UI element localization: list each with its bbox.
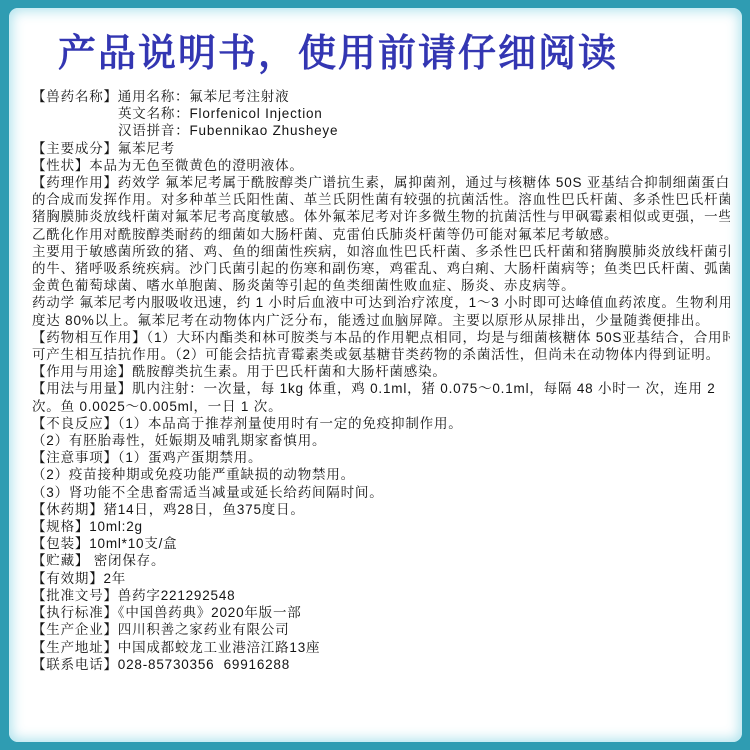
leaflet-body: 【兽药名称】通用名称：氟苯尼考注射液英文名称：Florfenicol Injec… <box>32 88 730 673</box>
leaflet-panel: 产品说明书，使用前请仔细阅读 【兽药名称】通用名称：氟苯尼考注射液英文名称：Fl… <box>9 8 742 742</box>
doc-line: 金黄色葡萄球菌、嗜水单胞菌、肠炎菌等引起的鱼类细菌性败血症、肠炎、赤皮病等。 <box>32 277 730 294</box>
doc-line: 可产生相互拮抗作用。（2）可能会拮抗青霉素类或氨基糖苷类药物的杀菌活性，但尚未在… <box>32 346 730 363</box>
doc-line: 主要用于敏感菌所致的猪、鸡、鱼的细菌性疾病，如溶血性巴氏杆菌、多杀性巴氏杆菌和猪… <box>32 243 730 260</box>
doc-line: 【用法与用量】肌内注射：一次量，每 1kg 体重，鸡 0.1ml，猪 0.075… <box>32 380 730 397</box>
doc-line: 【兽药名称】通用名称：氟苯尼考注射液 <box>32 88 730 105</box>
doc-line: 【休药期】猪14日，鸡28日，鱼375度日。 <box>32 501 730 518</box>
doc-line: （3）肾功能不全患畜需适当减量或延长给药间隔时间。 <box>32 484 730 501</box>
doc-line: 的牛、猪呼吸系统疾病。沙门氏菌引起的伤寒和副伤寒，鸡霍乱、鸡白痢、大肠杆菌病等；… <box>32 260 730 277</box>
doc-line: 的合成而发挥作用。对多种革兰氏阳性菌、革兰氏阴性菌有较强的抗菌活性。溶血性巴氏杆… <box>32 191 730 208</box>
doc-line: 【性状】本品为无色至微黄色的澄明液体。 <box>32 157 730 174</box>
doc-line: 【药物相互作用】（1）大环内酯类和林可胺类与本品的作用靶点相同，均是与细菌核糖体… <box>32 329 730 346</box>
doc-line: 【不良反应】（1）本品高于推荐剂量使用时有一定的免疫抑制作用。 <box>32 415 730 432</box>
doc-line: 乙酰化作用对酰胺醇类耐药的细菌如大肠杆菌、克雷伯氏肺炎杆菌等仍可能对氟苯尼考敏感… <box>32 226 730 243</box>
page-title: 产品说明书，使用前请仔细阅读 <box>58 32 708 76</box>
doc-line: （2）有胚胎毒性，妊娠期及哺乳期家畜慎用。 <box>32 432 730 449</box>
doc-line: 药动学 氟苯尼考内服吸收迅速，约 1 小时后血液中可达到治疗浓度，1～3 小时即… <box>32 294 730 311</box>
doc-line: 【主要成分】氟苯尼考 <box>32 140 730 157</box>
doc-line: 次。鱼 0.0025～0.005ml，一日 1 次。 <box>32 398 730 415</box>
doc-line: 【联系电话】028-85730356 69916288 <box>32 656 730 673</box>
doc-line: 【生产企业】四川积善之家药业有限公司 <box>32 621 730 638</box>
doc-line: 【贮藏】 密闭保存。 <box>32 552 730 569</box>
doc-line: 【包装】10ml*10支/盒 <box>32 535 730 552</box>
doc-line: 【执行标准】《中国兽药典》2020年版一部 <box>32 604 730 621</box>
doc-line: 猪胸膜肺炎放线杆菌对氟苯尼考高度敏感。体外氟苯尼考对许多微生物的抗菌活性与甲砜霉… <box>32 208 730 225</box>
doc-line: 度达 80%以上。氟苯尼考在动物体内广泛分布，能透过血脑屏障。主要以原形从尿排出… <box>32 312 730 329</box>
doc-line: 【批准文号】兽药字221292548 <box>32 587 730 604</box>
doc-line: 【药理作用】药效学 氟苯尼考属于酰胺醇类广谱抗生素，属抑菌剂，通过与核糖体 50… <box>32 174 730 191</box>
doc-line: 【注意事项】（1）蛋鸡产蛋期禁用。 <box>32 449 730 466</box>
doc-line: 【有效期】2年 <box>32 570 730 587</box>
doc-line: 【生产地址】中国成都蛟龙工业港涪江路13座 <box>32 639 730 656</box>
doc-line: 【作用与用途】酰胺醇类抗生素。用于巴氏杆菌和大肠杆菌感染。 <box>32 363 730 380</box>
doc-line: 汉语拼音：Fubennikao Zhusheye <box>32 122 730 139</box>
doc-line: 【规格】10ml:2g <box>32 518 730 535</box>
leaflet-page: { "title": "产品说明书，使用前请仔细阅读", "colors": {… <box>0 0 750 750</box>
doc-line: 英文名称：Florfenicol Injection <box>32 105 730 122</box>
doc-line: （2）疫苗接种期或免疫功能严重缺损的动物禁用。 <box>32 466 730 483</box>
